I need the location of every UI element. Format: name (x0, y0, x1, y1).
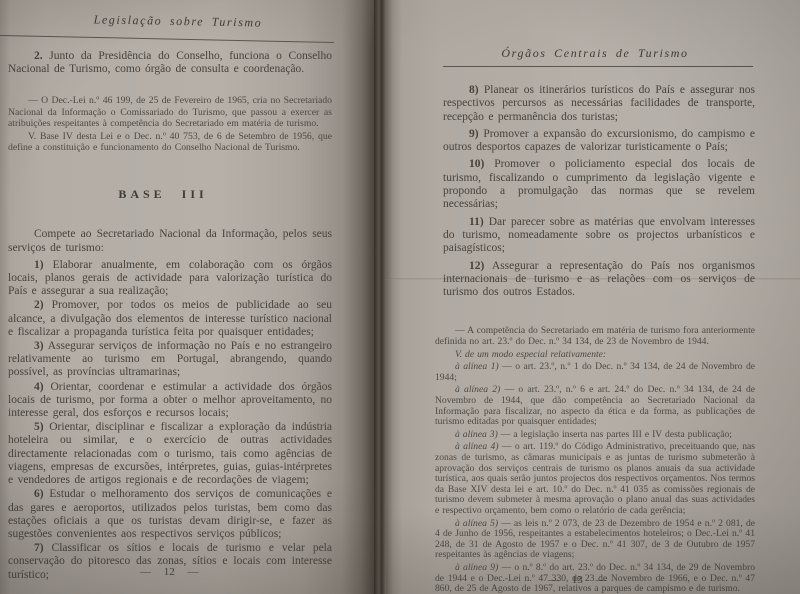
item-2-text: Promover, por todos os meios de publicid… (8, 299, 332, 337)
paragraph-2: 2. Junto da Presidência do Conselho, fun… (8, 50, 332, 76)
right-page-number: — 13 — (548, 574, 607, 586)
item-1-number: 1) (34, 259, 44, 271)
alinea-9-lead: à alínea 9) (455, 562, 498, 573)
item-4-text: Orientar, coordenar e estimular a activi… (8, 381, 332, 419)
item-9-text: Promover a expansão do excursionismo, do… (443, 128, 755, 153)
item-1-text: Elaborar anualmente, em colaboração com … (8, 259, 332, 297)
alinea-4-lead: à alínea 4) (455, 441, 499, 452)
footnote-alinea-1: à alínea 1) — o art. 23.º, n.º 1 do Dec.… (435, 362, 755, 383)
list-item-5: 5) Orientar, disciplinar e fiscalizar a … (8, 421, 332, 487)
item-12-number: 12) (469, 260, 484, 272)
book-spine-gutter (374, 0, 386, 594)
alinea-3-lead: à alínea 3) (455, 429, 498, 440)
item-6-number: 6) (34, 488, 44, 500)
item-12-text: Assegurar a representação do País nos or… (443, 260, 755, 299)
alinea-5-lead: à alínea 5) (455, 518, 498, 529)
right-footnote-block: — A competência do Secretariado em matér… (435, 326, 755, 594)
item-5-number: 5) (34, 421, 44, 433)
footnote-alinea-4: à alínea 4) — o art. 119.º do Código Adm… (435, 442, 755, 516)
left-header-rule (0, 35, 334, 43)
alinea-3-text: — a legislação inserta nas partes III e … (501, 429, 732, 440)
list-item-3: 3) Assegurar serviços de informação no P… (8, 340, 332, 380)
alinea-1-lead: à alínea 1) (455, 361, 499, 372)
list-item-8: 8) Planear os itinerários turísticos do … (443, 84, 755, 124)
alinea-4-text: — o art. 119.º do Código Administrativo,… (435, 441, 755, 516)
right-page-content: Órgãos Centrais de Turismo 8) Planear os… (435, 46, 755, 594)
list-item-10: 10) Promover o policiamento especial dos… (443, 158, 755, 211)
left-page: Legislação sobre Turismo 2. Junto da Pre… (0, 0, 374, 594)
list-item-12: 12) Assegurar a representação do País no… (443, 260, 755, 300)
item-4-number: 4) (34, 381, 44, 393)
paragraph-2-number: 2. (34, 50, 43, 62)
item-3-number: 3) (34, 340, 44, 352)
item-8-number: 8) (469, 84, 479, 96)
item-11-number: 11) (469, 216, 484, 228)
section-heading-base-iii: BASE III (8, 187, 318, 202)
footnote-alinea-2: à alínea 2) — o art. 23.º, n.º 6 e art. … (435, 385, 755, 427)
item-6-text: Estudar o melhoramento dos serviços de c… (8, 488, 332, 540)
right-footnote-intro: — A competência do Secretariado em matér… (435, 326, 755, 347)
item-5-text: Orientar, disciplinar e fiscalizar a exp… (8, 421, 332, 486)
base-iii-intro: Compete ao Secretariado Nacional da Info… (8, 228, 332, 254)
right-footnote-note: V. de um modo especial relativamente: (435, 350, 755, 361)
alinea-2-lead: à alínea 2) (455, 384, 500, 395)
right-items-list: 8) Planear os itinerários turísticos do … (435, 84, 755, 299)
list-item-1: 1) Elaborar anualmente, em colaboração c… (8, 259, 332, 299)
item-10-number: 10) (469, 158, 484, 170)
item-9-number: 9) (469, 128, 479, 140)
left-footnote-1: — O Dec.-Lei n.º 46 199, de 25 de Fevere… (8, 95, 332, 129)
item-8-text: Planear os itinerários turísticos do Paí… (443, 84, 755, 123)
left-footnote-2: V. Base IV desta Lei e o Dec. n.º 40 753… (8, 131, 332, 154)
right-running-header: Órgãos Centrais de Turismo (435, 46, 755, 60)
list-item-11: 11) Dar parecer sobre as matérias que en… (443, 216, 755, 256)
item-2-number: 2) (34, 299, 44, 311)
left-footnote-block: — O Dec.-Lei n.º 46 199, de 25 de Fevere… (8, 95, 332, 153)
footnote-alinea-5: à alínea 5) — as leis n.º 2 073, de 23 d… (435, 519, 755, 561)
right-header-rule (443, 66, 753, 67)
list-item-4: 4) Orientar, coordenar e estimular a act… (8, 381, 332, 421)
item-11-text: Dar parecer sobre as matérias que envolv… (443, 216, 755, 255)
footnote-alinea-3: à alínea 3) — a legislação inserta nas p… (435, 430, 755, 441)
list-item-9: 9) Promover a expansão do excursionismo,… (443, 128, 755, 155)
left-items-list: 1) Elaborar anualmente, em colaboração c… (8, 259, 332, 582)
book-spread-photo: Legislação sobre Turismo 2. Junto da Pre… (0, 0, 800, 594)
item-10-text: Promover o policiamento especial dos loc… (443, 158, 755, 210)
list-item-6: 6) Estudar o melhoramento dos serviços d… (8, 488, 332, 541)
item-3-text: Assegurar serviços de informação no País… (8, 340, 332, 378)
list-item-2: 2) Promover, por todos os meios de publi… (8, 299, 332, 339)
left-page-content: Legislação sobre Turismo 2. Junto da Pre… (8, 14, 332, 583)
item-7-number: 7) (34, 542, 44, 554)
right-page: Órgãos Centrais de Turismo 8) Planear os… (386, 0, 800, 594)
left-page-number: — 12 — (140, 566, 199, 578)
left-running-header: Legislação sobre Turismo (24, 11, 332, 31)
paragraph-2-text: Junto da Presidência do Conselho, funcio… (8, 50, 332, 75)
